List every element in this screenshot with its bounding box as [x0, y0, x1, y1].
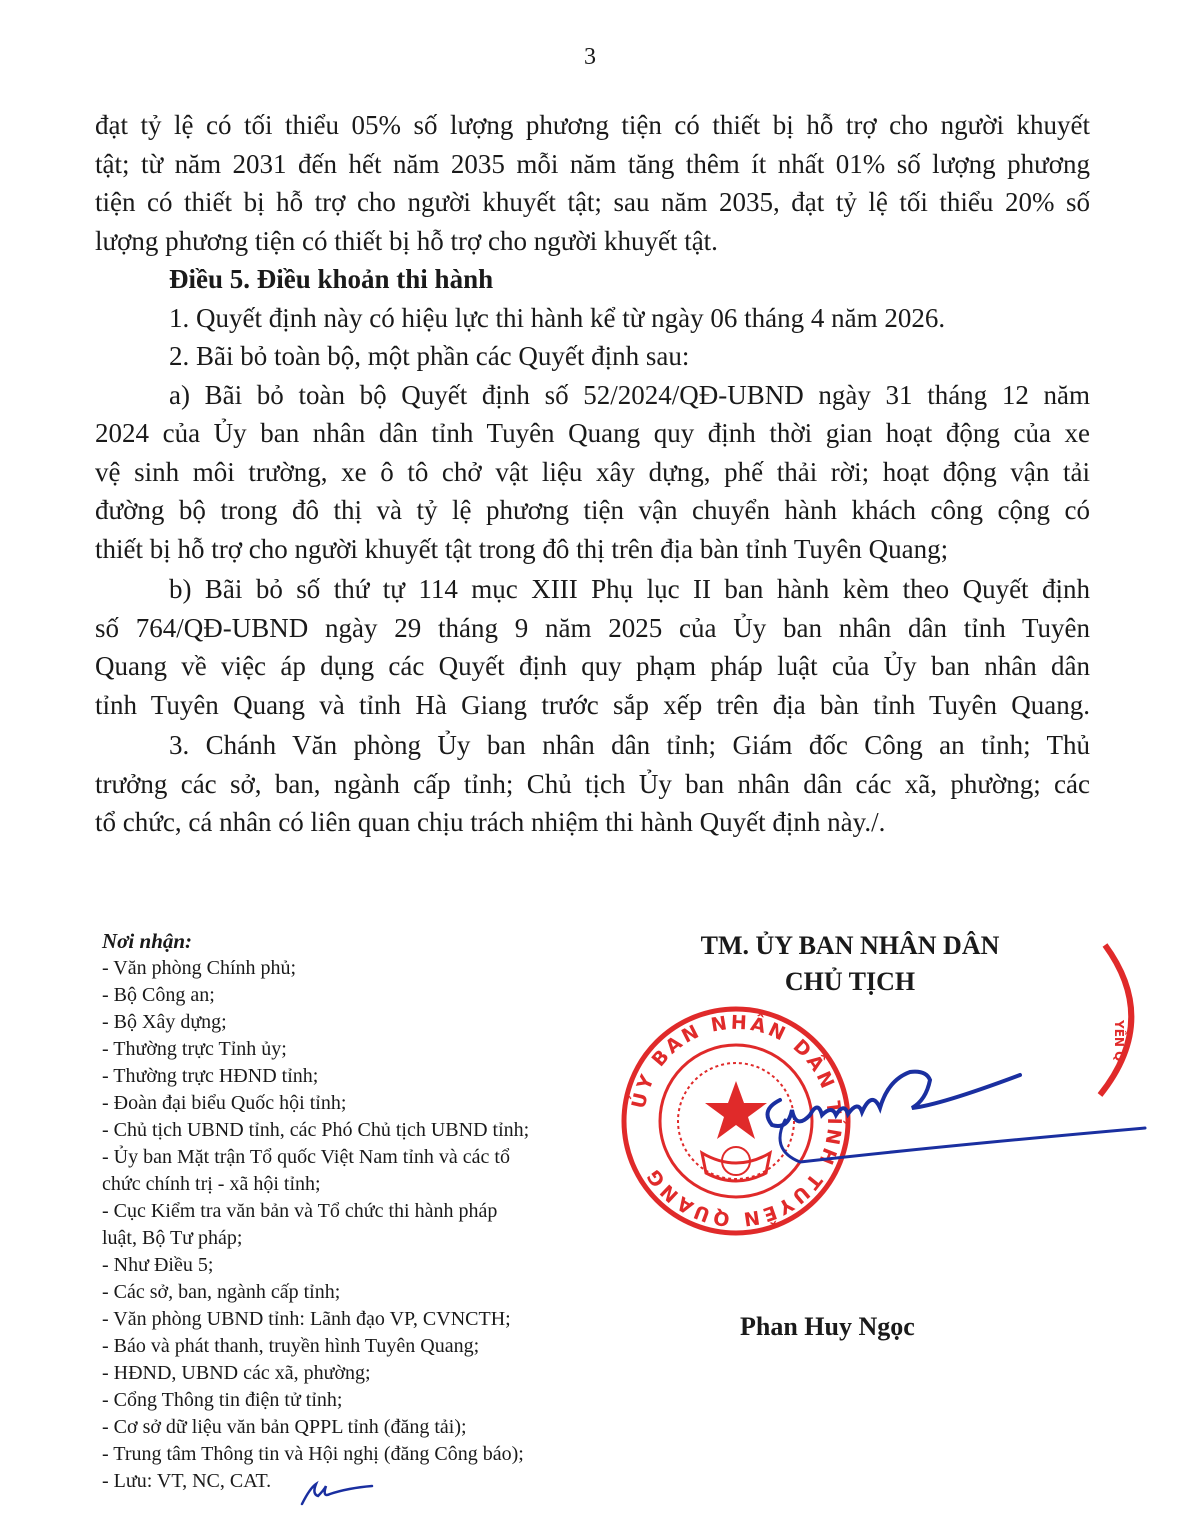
recipient-item: - Ủy ban Mặt trận Tổ quốc Việt Nam tỉnh … [102, 1144, 622, 1171]
signatory-title: CHỦ TỊCH [620, 964, 1080, 1000]
recipient-item: - Trung tâm Thông tin và Hội nghị (đăng … [102, 1441, 622, 1468]
recipient-item: - Chủ tịch UBND tỉnh, các Phó Chủ tịch U… [102, 1117, 622, 1144]
recipient-item: - Cổng Thông tin điện tử tỉnh; [102, 1387, 622, 1414]
recipient-item: - Báo và phát thanh, truyền hình Tuyên Q… [102, 1333, 622, 1360]
recipient-item: - Văn phòng UBND tỉnh: Lãnh đạo VP, CVNC… [102, 1306, 622, 1333]
clause-2a-line: đường bộ trong đô thị và tỷ lệ phương ti… [95, 491, 1090, 530]
recipient-item: - Các sở, ban, ngành cấp tỉnh; [102, 1279, 622, 1306]
handwritten-signature-icon [740, 1050, 1160, 1180]
recipient-item: luật, Bộ Tư pháp; [102, 1225, 622, 1252]
recipient-item: - Văn phòng Chính phủ; [102, 955, 622, 982]
article-heading: Điều 5. Điều khoản thi hành [95, 260, 1090, 299]
body-line: lượng phương tiện có thiết bị hỗ trợ cho… [95, 222, 1090, 261]
page-number: 3 [0, 44, 1180, 71]
handwritten-initials-icon [296, 1478, 376, 1508]
recipient-item: - Đoàn đại biểu Quốc hội tỉnh; [102, 1090, 622, 1117]
clause-2b-line: b) Bãi bỏ số thứ tự 114 mục XIII Phụ lục… [95, 570, 1090, 609]
recipient-item: - Cục Kiểm tra văn bản và Tổ chức thi hà… [102, 1198, 622, 1225]
body-line: đạt tỷ lệ có tối thiểu 05% số lượng phươ… [95, 106, 1090, 145]
signatory-org: TM. ỦY BAN NHÂN DÂN [620, 928, 1080, 964]
recipients-title: Nơi nhận: [102, 928, 622, 955]
body-line: tiện có thiết bị hỗ trợ cho người khuyết… [95, 183, 1090, 222]
clause-2a-line: 2024 của Ủy ban nhân dân tỉnh Tuyên Quan… [95, 414, 1090, 453]
clause-3-line: tổ chức, cá nhân có liên quan chịu trách… [95, 803, 1090, 842]
recipients-list: Nơi nhận: - Văn phòng Chính phủ;- Bộ Côn… [102, 928, 622, 1495]
clause-2: 2. Bãi bỏ toàn bộ, một phần các Quyết đị… [95, 337, 1090, 376]
clause-2a-line: vệ sinh môi trường, xe ô tô chở vật liệu… [95, 453, 1090, 492]
clause-2b-line: số 764/QĐ-UBND ngày 29 tháng 9 năm 2025 … [95, 609, 1090, 648]
signature-block: TM. ỦY BAN NHÂN DÂN CHỦ TỊCH [620, 928, 1080, 1000]
recipient-item: - Thường trực Tỉnh ủy; [102, 1036, 622, 1063]
recipient-item: - Bộ Công an; [102, 982, 622, 1009]
signer-name: Phan Huy Ngọc [740, 1312, 915, 1342]
clause-1: 1. Quyết định này có hiệu lực thi hành k… [95, 299, 1090, 338]
recipient-item: - Bộ Xây dựng; [102, 1009, 622, 1036]
recipient-item: - Thường trực HĐND tỉnh; [102, 1063, 622, 1090]
clause-3-line: 3. Chánh Văn phòng Ủy ban nhân dân tỉnh;… [95, 726, 1090, 765]
clause-2a-line: thiết bị hỗ trợ cho người khuyết tật tro… [95, 530, 1090, 569]
document-body: đạt tỷ lệ có tối thiểu 05% số lượng phươ… [95, 106, 1090, 842]
recipient-item: - Như Điều 5; [102, 1252, 622, 1279]
recipient-item: - HĐND, UBND các xã, phường; [102, 1360, 622, 1387]
clause-3-line: trưởng các sở, ban, ngành cấp tỉnh; Chủ … [95, 765, 1090, 804]
body-line: tật; từ năm 2031 đến hết năm 2035 mỗi nă… [95, 145, 1090, 184]
clause-2b-line: tỉnh Tuyên Quang và tỉnh Hà Giang trước … [95, 686, 1090, 725]
clause-2b-line: Quang về việc áp dụng các Quyết định quy… [95, 647, 1090, 686]
recipient-item: - Cơ sở dữ liệu văn bản QPPL tỉnh (đăng … [102, 1414, 622, 1441]
recipient-item: chức chính trị - xã hội tỉnh; [102, 1171, 622, 1198]
clause-2a-line: a) Bãi bỏ toàn bộ Quyết định số 52/2024/… [95, 376, 1090, 415]
